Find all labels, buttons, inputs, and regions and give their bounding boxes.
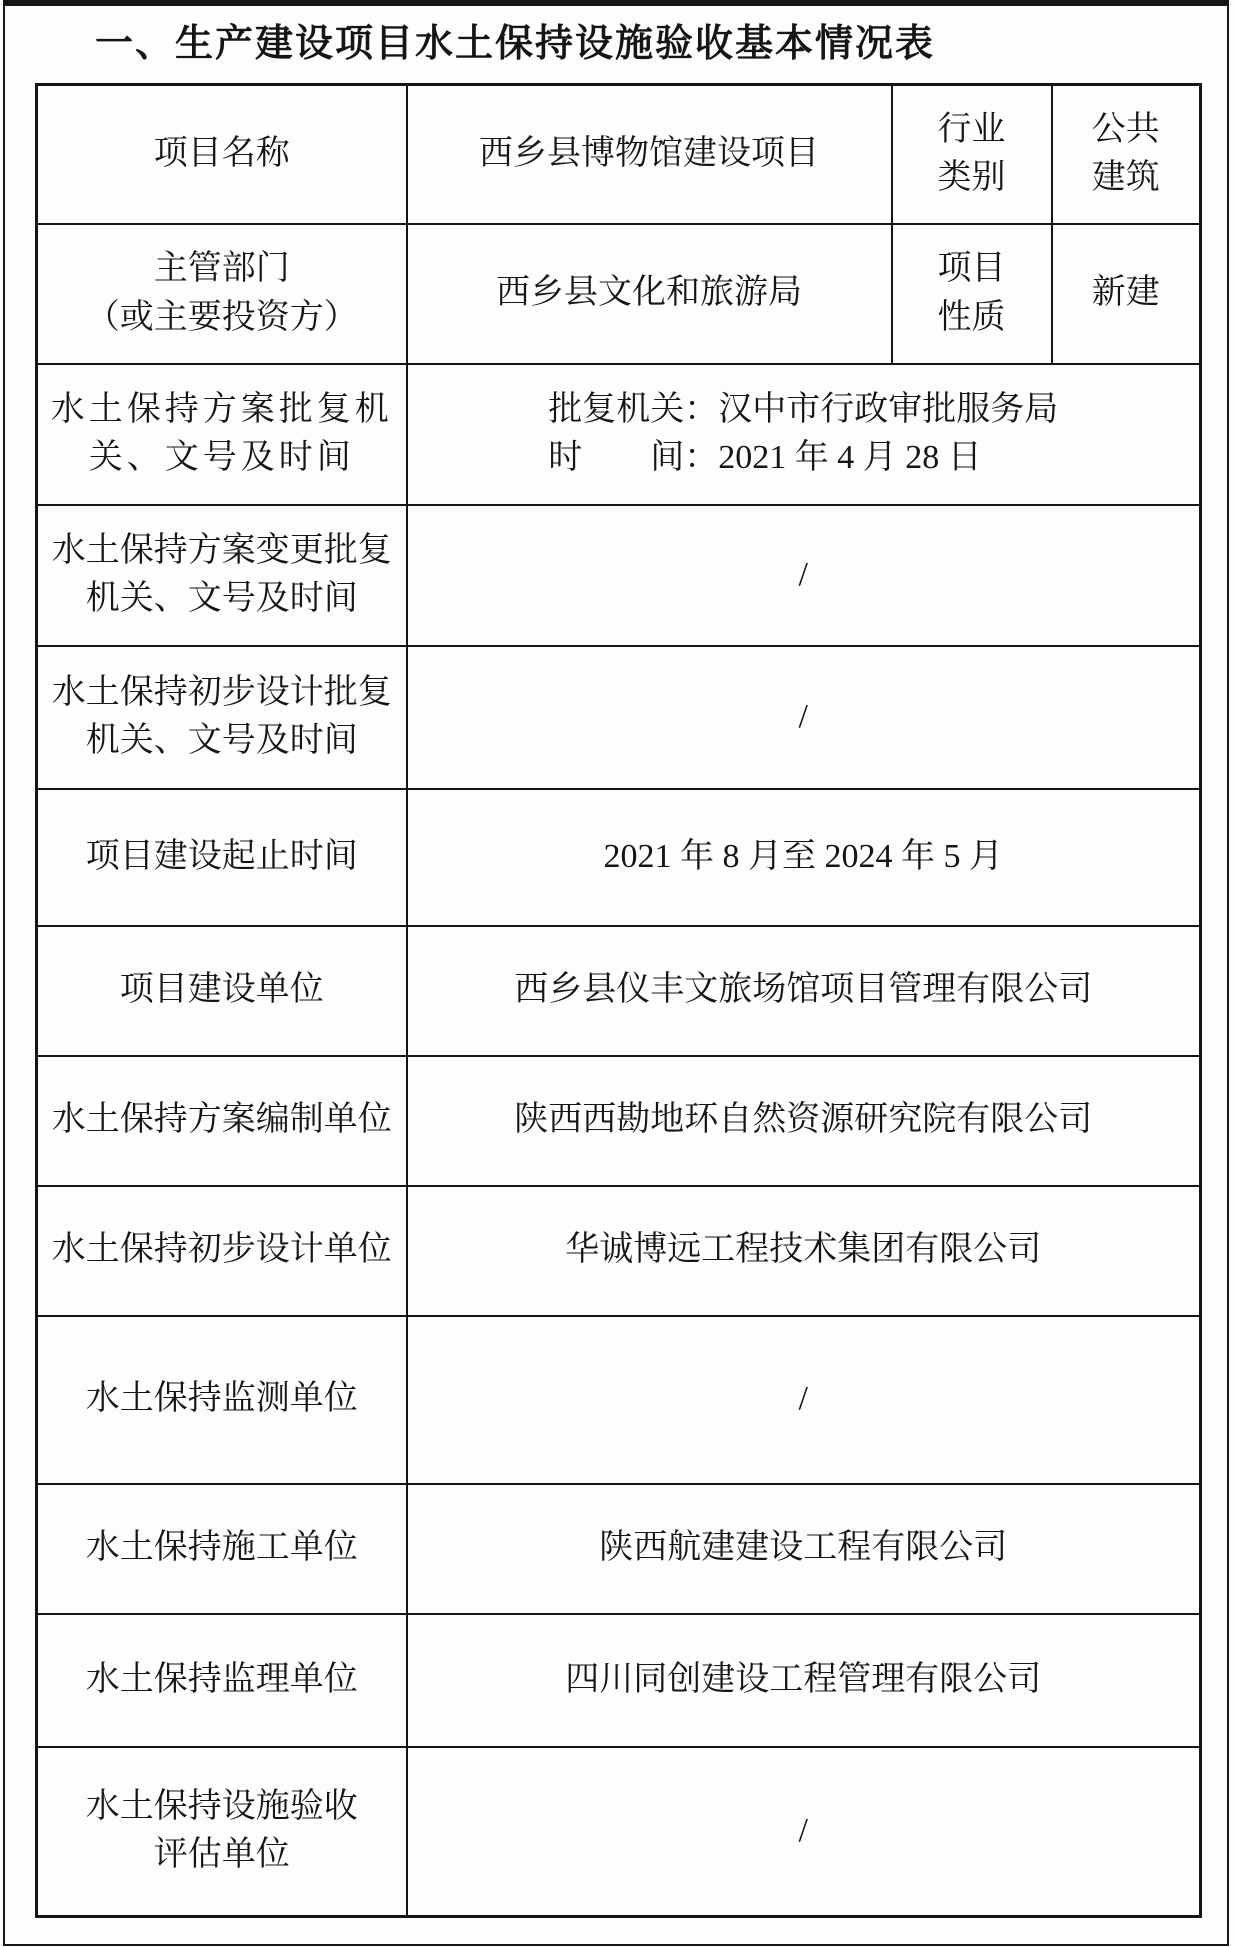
monitoring-unit-value: / (407, 1316, 1201, 1484)
project-nature-value: 新建 (1052, 224, 1201, 364)
construction-contractor-value: 陕西航建建设工程有限公司 (407, 1484, 1201, 1614)
plan-approval-value: 批复机关：汉中市行政审批服务局 时 间：2021 年 4 月 28 日 (407, 364, 1201, 505)
table-row: 水土保持监测单位 / (37, 1316, 1201, 1484)
construction-period-label: 项目建设起止时间 (37, 789, 407, 926)
construction-unit-label: 项目建设单位 (37, 926, 407, 1056)
table-row: 水土保持监理单位 四川同创建设工程管理有限公司 (37, 1614, 1201, 1747)
table-row: 水土保持设施验收 评估单位 / (37, 1747, 1201, 1917)
supervision-unit-value: 四川同创建设工程管理有限公司 (407, 1614, 1201, 1747)
plan-approval-label: 水土保持方案批复机 关、文号及时间 (37, 364, 407, 505)
plan-compilation-unit-label: 水土保持方案编制单位 (37, 1056, 407, 1186)
table-row: 水土保持方案批复机 关、文号及时间 批复机关：汉中市行政审批服务局 时 间：20… (37, 364, 1201, 505)
table-row: 主管部门 （或主要投资方） 西乡县文化和旅游局 项目 性质 新建 (37, 224, 1201, 364)
table-row: 水土保持施工单位 陕西航建建设工程有限公司 (37, 1484, 1201, 1614)
project-name-value: 西乡县博物馆建设项目 (407, 85, 892, 224)
project-nature-label: 项目 性质 (892, 224, 1052, 364)
document-title: 一、生产建设项目水土保持设施验收基本情况表 (95, 12, 935, 67)
competent-department-value: 西乡县文化和旅游局 (407, 224, 892, 364)
table-row: 项目建设单位 西乡县仪丰文旅场馆项目管理有限公司 (37, 926, 1201, 1056)
supervision-unit-label: 水土保持监理单位 (37, 1614, 407, 1747)
industry-category-value: 公共 建筑 (1052, 85, 1201, 224)
table-row: 水土保持方案变更批复 机关、文号及时间 / (37, 505, 1201, 646)
plan-compilation-unit-value: 陕西西勘地环自然资源研究院有限公司 (407, 1056, 1201, 1186)
preliminary-design-unit-label: 水土保持初步设计单位 (37, 1186, 407, 1316)
project-name-label: 项目名称 (37, 85, 407, 224)
construction-unit-value: 西乡县仪丰文旅场馆项目管理有限公司 (407, 926, 1201, 1056)
monitoring-unit-label: 水土保持监测单位 (37, 1316, 407, 1484)
acceptance-evaluation-unit-value: / (407, 1747, 1201, 1917)
table-row: 水土保持初步设计批复 机关、文号及时间 / (37, 646, 1201, 789)
table-row: 项目建设起止时间 2021 年 8 月至 2024 年 5 月 (37, 789, 1201, 926)
scanned-document-page: 一、生产建设项目水土保持设施验收基本情况表 项目名称 西乡县博物馆建设项目 行业… (0, 0, 1235, 1947)
preliminary-design-approval-label: 水土保持初步设计批复 机关、文号及时间 (37, 646, 407, 789)
industry-category-label: 行业 类别 (892, 85, 1052, 224)
basic-info-table: 项目名称 西乡县博物馆建设项目 行业 类别 公共 建筑 主管部门 （或主要投资方… (35, 83, 1202, 1918)
table-row: 水土保持方案编制单位 陕西西勘地环自然资源研究院有限公司 (37, 1056, 1201, 1186)
acceptance-evaluation-unit-label: 水土保持设施验收 评估单位 (37, 1747, 407, 1917)
construction-period-value: 2021 年 8 月至 2024 年 5 月 (407, 789, 1201, 926)
preliminary-design-approval-value: / (407, 646, 1201, 789)
table-row: 水土保持初步设计单位 华诚博远工程技术集团有限公司 (37, 1186, 1201, 1316)
construction-contractor-label: 水土保持施工单位 (37, 1484, 407, 1614)
plan-change-approval-label: 水土保持方案变更批复 机关、文号及时间 (37, 505, 407, 646)
preliminary-design-unit-value: 华诚博远工程技术集团有限公司 (407, 1186, 1201, 1316)
competent-department-label: 主管部门 （或主要投资方） (37, 224, 407, 364)
table-row: 项目名称 西乡县博物馆建设项目 行业 类别 公共 建筑 (37, 85, 1201, 224)
plan-change-approval-value: / (407, 505, 1201, 646)
approval-authority-and-date: 批复机关：汉中市行政审批服务局 时 间：2021 年 4 月 28 日 (548, 386, 1058, 483)
